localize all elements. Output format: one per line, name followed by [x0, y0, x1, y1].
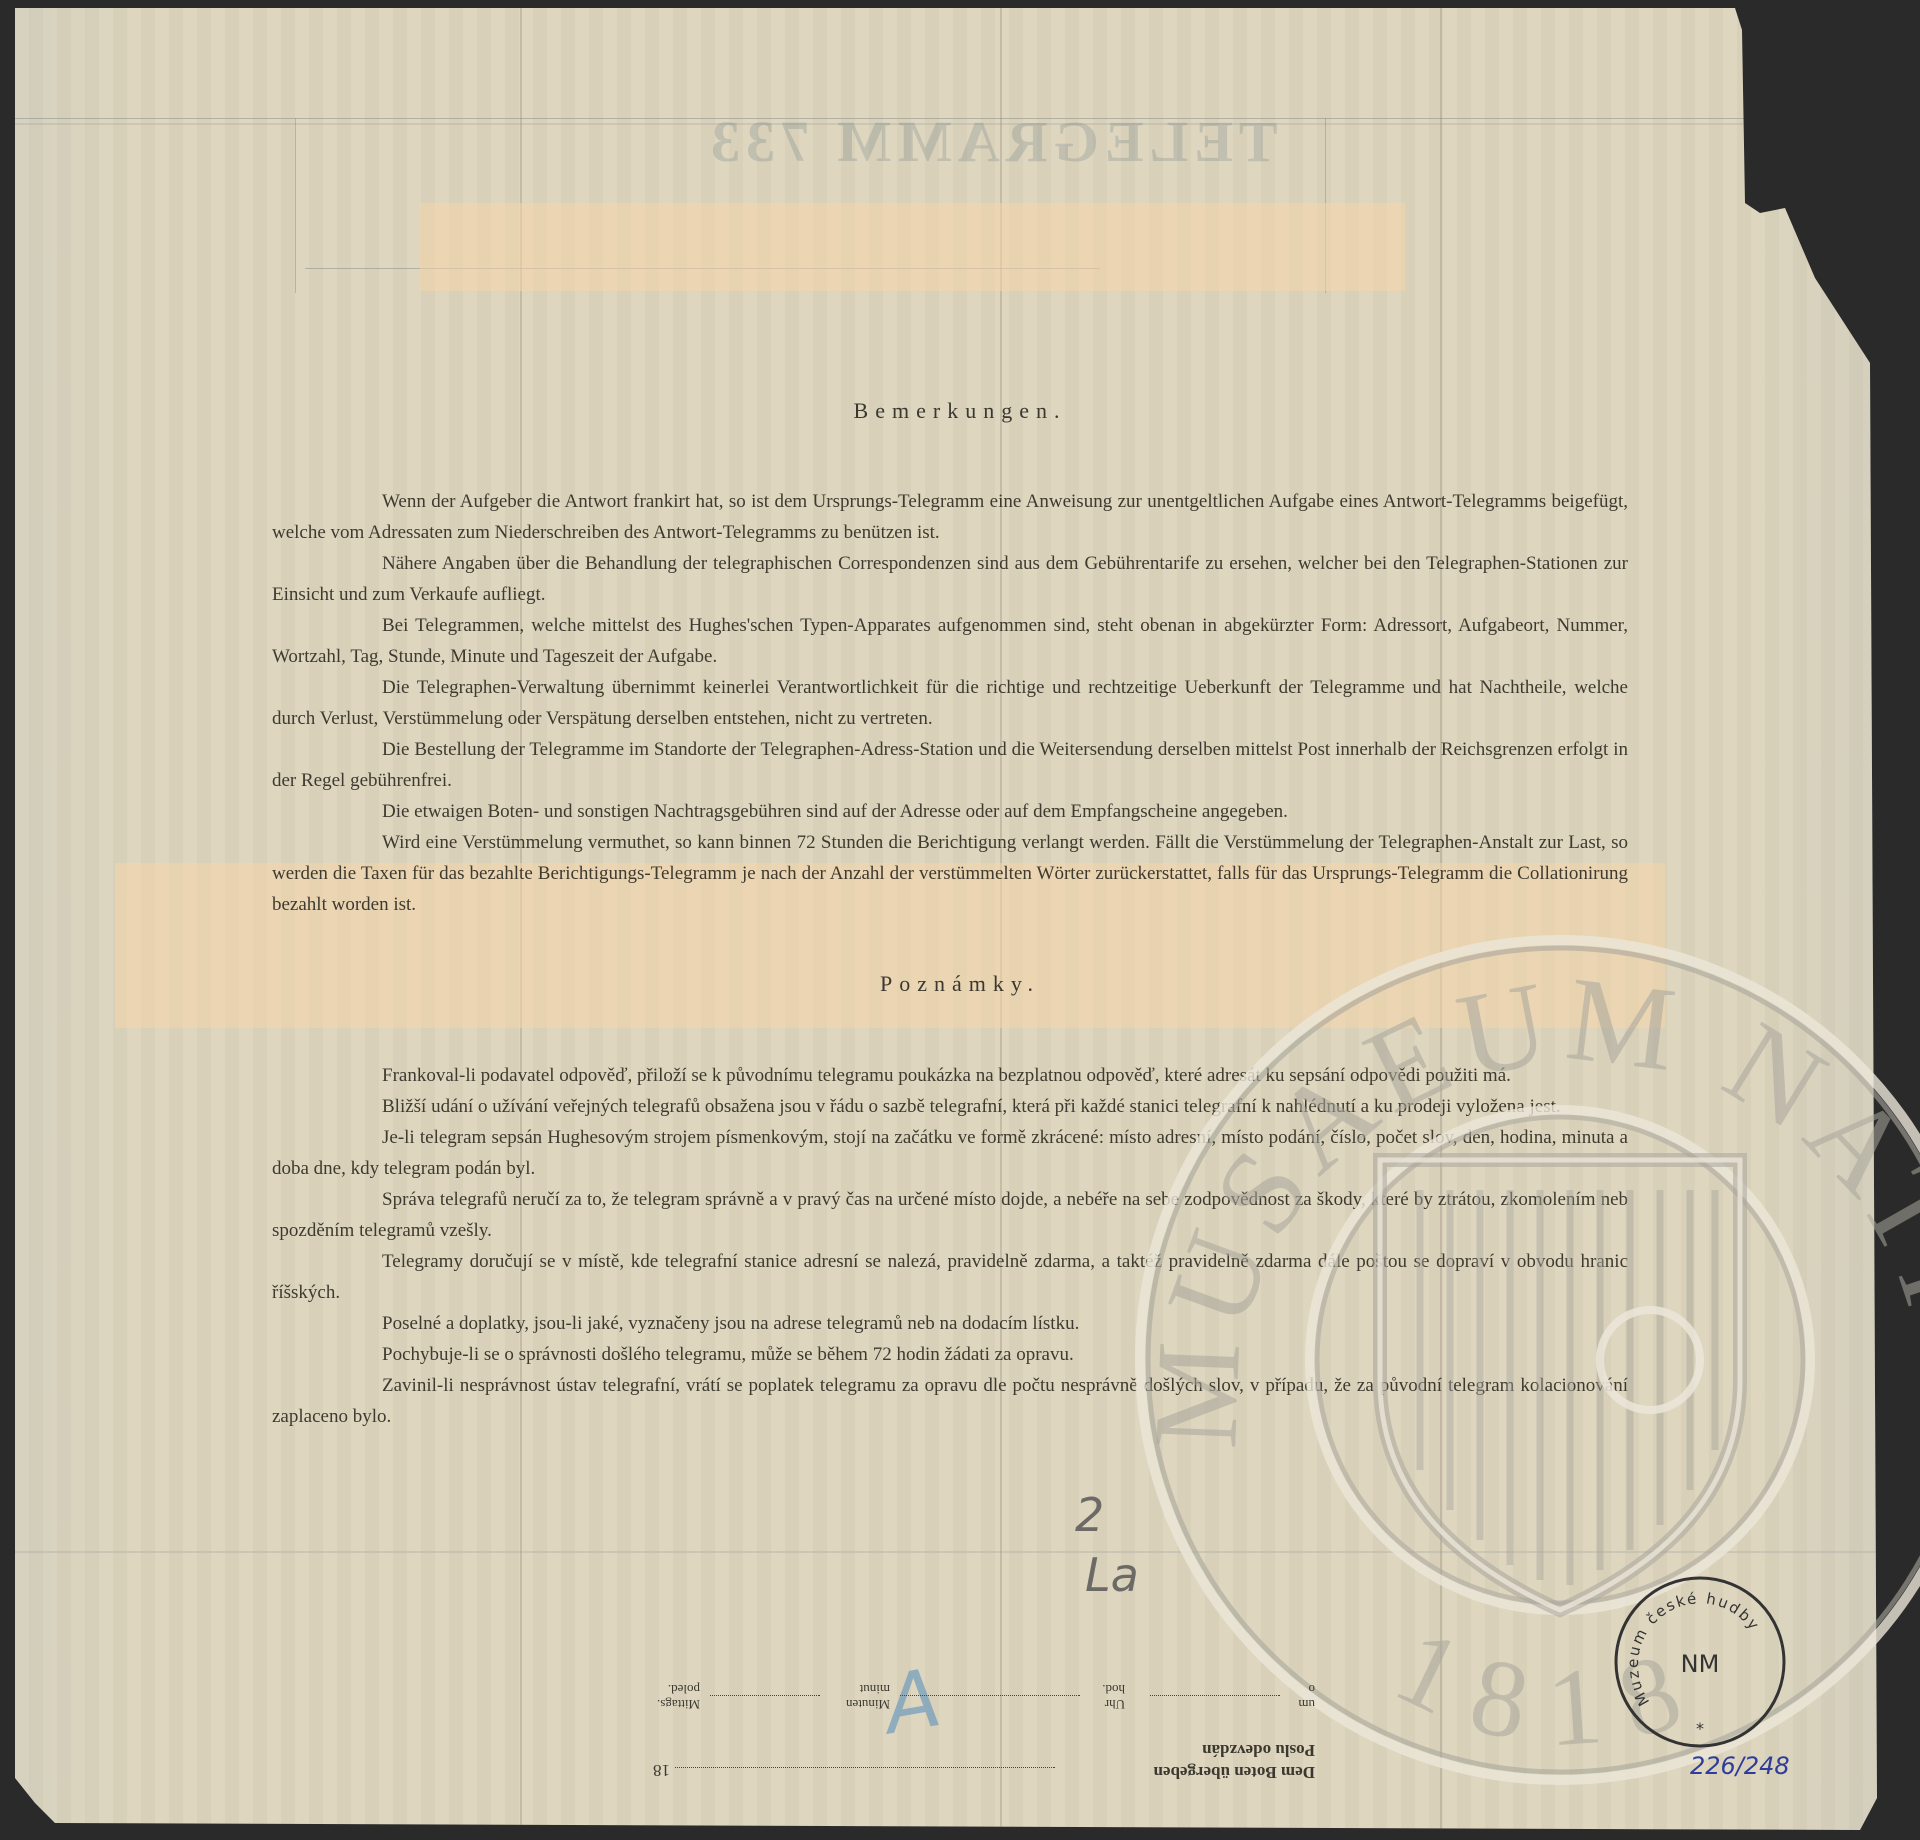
remark-paragraph: Telegramy doručují se v místě, kde teleg…: [272, 1246, 1628, 1308]
time-line: [900, 1695, 1080, 1696]
remark-paragraph: Die Telegraphen-Verwaltung übernimmt kei…: [272, 672, 1628, 734]
remarks-german: Wenn der Aufgeber die Antwort frankirt h…: [272, 486, 1628, 920]
remark-paragraph: Bližší udání o užívání veřejných telegra…: [272, 1091, 1628, 1122]
remark-paragraph: Pochybuje-li se o správnosti došlého tel…: [272, 1339, 1628, 1370]
heading-bemerkungen: Bemerkungen.: [0, 398, 1920, 424]
time-label-o: o: [1309, 1682, 1316, 1697]
remark-paragraph: Nähere Angaben über die Behandlung der t…: [272, 548, 1628, 610]
stamp-center-text: NM: [1681, 1650, 1720, 1678]
time-label-poled: poled.: [668, 1682, 700, 1697]
time-label-um: um: [1298, 1697, 1315, 1712]
time-label-uhr: Uhr: [1105, 1697, 1125, 1712]
repair-tape: [420, 203, 1405, 291]
delivery-form-upside-down: Dem Boten übergeben Poslu odevzdán 18 um…: [620, 1640, 1320, 1790]
remark-paragraph: Wenn der Aufgeber die Antwort frankirt h…: [272, 486, 1628, 548]
time-line: [1150, 1695, 1280, 1696]
pencil-note-number: 2: [1075, 1488, 1104, 1542]
form-rule: [295, 118, 296, 293]
remark-paragraph: Poselné a doplatky, jsou-li jaké, vyznač…: [272, 1308, 1628, 1339]
delivery-label-de: Dem Boten übergeben: [1154, 1762, 1315, 1782]
remark-paragraph: Die etwaigen Boten- und sonstigen Nachtr…: [272, 796, 1628, 827]
stamp-star: *: [1696, 1719, 1704, 1738]
remark-paragraph: Die Bestellung der Telegramme im Standor…: [272, 734, 1628, 796]
remark-paragraph: Bei Telegrammen, welche mittelst des Hug…: [272, 610, 1628, 672]
show-through-title: TELEGRAMM 733: [705, 108, 1278, 175]
delivery-label-cs: Poslu odevzdán: [1202, 1740, 1315, 1760]
inventory-number: 226/248: [1690, 1752, 1790, 1780]
time-label-minut: minut: [860, 1682, 890, 1697]
time-label-mittags: Mittags.: [657, 1697, 700, 1712]
museum-stamp: Muzeum české hudby NM *: [1610, 1572, 1790, 1752]
time-label-hod: hod.: [1102, 1682, 1125, 1697]
time-line: [710, 1695, 820, 1696]
fold-line: [15, 1551, 1877, 1553]
remark-paragraph: Frankoval-li podavatel odpověď, přiloží …: [272, 1060, 1628, 1091]
remark-paragraph: Wird eine Verstümmelung vermuthet, so ka…: [272, 827, 1628, 920]
remark-paragraph: Správa telegrafů neručí za to, že telegr…: [272, 1184, 1628, 1246]
remarks-czech: Frankoval-li podavatel odpověď, přiloží …: [272, 1060, 1628, 1432]
pencil-note-initials: La: [1085, 1548, 1139, 1602]
remark-paragraph: Zavinil-li nesprávnost ústav telegrafní,…: [272, 1370, 1628, 1432]
heading-poznamky: Poznámky.: [0, 971, 1920, 997]
time-label-minuten: Minuten: [846, 1697, 890, 1712]
remark-paragraph: Je-li telegram sepsán Hughesovým strojem…: [272, 1122, 1628, 1184]
date-line: [675, 1767, 1055, 1768]
year-prefix: 18: [653, 1763, 670, 1778]
